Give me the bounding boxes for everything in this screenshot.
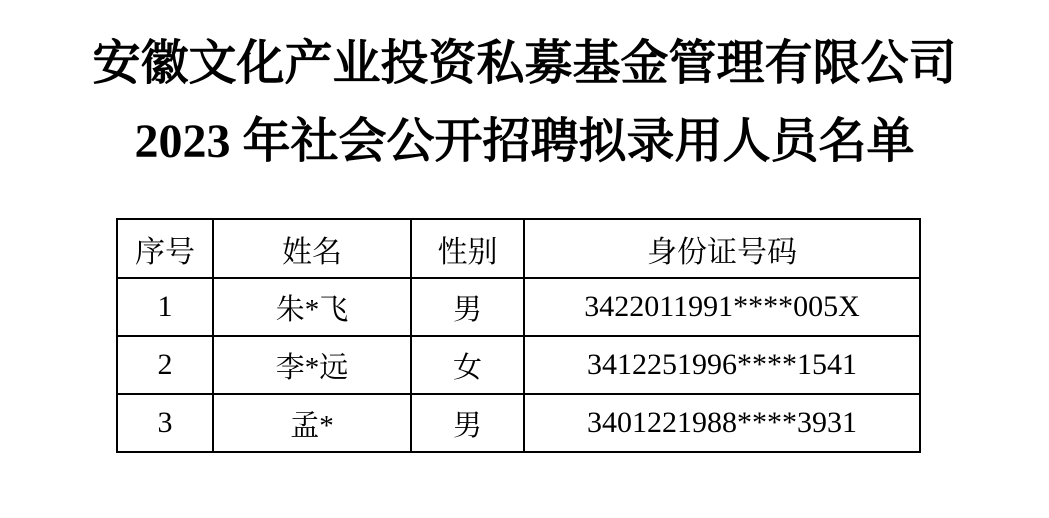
id-cell: 3412251996****1541 <box>524 336 920 394</box>
table-header-row: 序号 姓名 性别 身份证号码 <box>117 219 920 278</box>
header-name: 姓名 <box>213 219 411 278</box>
document-title-line1: 安徽文化产业投资私募基金管理有限公司 <box>0 38 1049 91</box>
document-title-line2: 2023 年社会公开招聘拟录用人员名单 <box>0 116 1049 169</box>
table-row: 1 朱*飞 男 3422011991****005X <box>117 278 920 336</box>
header-gender: 性别 <box>411 219 524 278</box>
table-row: 3 孟* 男 3401221988****3931 <box>117 394 920 452</box>
gender-cell: 男 <box>411 394 524 452</box>
name-cell: 李*远 <box>213 336 411 394</box>
hired-personnel-table: 序号 姓名 性别 身份证号码 1 朱*飞 男 3422011991****005… <box>116 218 921 453</box>
seq-cell: 1 <box>117 278 213 336</box>
header-id-number: 身份证号码 <box>524 219 920 278</box>
name-cell: 朱*飞 <box>213 278 411 336</box>
id-cell: 3422011991****005X <box>524 278 920 336</box>
table-row: 2 李*远 女 3412251996****1541 <box>117 336 920 394</box>
gender-cell: 男 <box>411 278 524 336</box>
seq-cell: 2 <box>117 336 213 394</box>
document-page: 安徽文化产业投资私募基金管理有限公司 2023 年社会公开招聘拟录用人员名单 序… <box>0 0 1049 518</box>
gender-cell: 女 <box>411 336 524 394</box>
header-seq-number: 序号 <box>117 219 213 278</box>
seq-cell: 3 <box>117 394 213 452</box>
name-cell: 孟* <box>213 394 411 452</box>
id-cell: 3401221988****3931 <box>524 394 920 452</box>
